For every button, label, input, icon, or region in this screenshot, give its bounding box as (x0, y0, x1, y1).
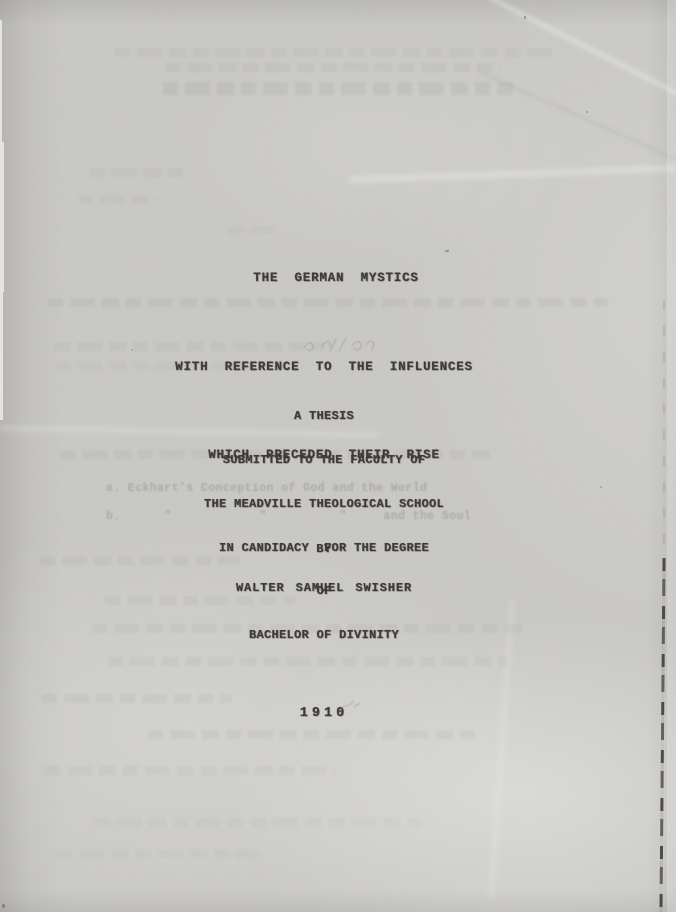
bleed-through-line (163, 82, 513, 95)
byline-label: BY (0, 542, 648, 556)
bleed-through-line (42, 694, 232, 703)
bleed-through-line (90, 168, 185, 177)
publication-year: 1910 (0, 706, 648, 721)
bleed-through-line (115, 48, 555, 57)
page-edge-dashes (659, 558, 665, 912)
bleed-through-line (58, 850, 268, 858)
ink-speck (600, 486, 602, 488)
paper-crease (471, 0, 676, 126)
page-edge-dashes-faint (663, 300, 665, 558)
bleed-through-line (45, 766, 335, 775)
title-line-1: THE GERMAN MYSTICS (12, 264, 660, 294)
statement-line-3: THE MEADVILLE THEOLOGICAL SCHOOL (0, 497, 648, 512)
statement-line-6: BACHELOR OF DIVINITY (0, 628, 648, 643)
title-line-2: WITH REFERENCE TO THE INFLUENCES (0, 353, 648, 383)
bleed-through-line (95, 818, 425, 827)
statement-line-1: A THESIS (0, 409, 648, 424)
ink-speck (524, 16, 526, 19)
bleed-through-line (78, 195, 158, 203)
scan-edge-white-sliver (0, 20, 2, 142)
ink-speck (2, 904, 5, 908)
handwritten-mark-small (337, 697, 363, 715)
scan-edge-light-strip (667, 0, 676, 912)
bleed-through-line (148, 730, 478, 739)
statement-line-2: SUBMITTED TO THE FACULTY OF (0, 453, 648, 468)
ink-speck (586, 111, 588, 113)
author-name: WALTER SAMUEL SWISHER (0, 581, 648, 595)
ink-speck (131, 349, 133, 351)
bleed-through-line (165, 63, 500, 72)
thesis-statement: A THESIS SUBMITTED TO THE FACULTY OF THE… (0, 380, 648, 672)
scanned-page: a. Eckhart's Conception of God and the W… (0, 0, 676, 912)
paper-crease (350, 166, 676, 181)
